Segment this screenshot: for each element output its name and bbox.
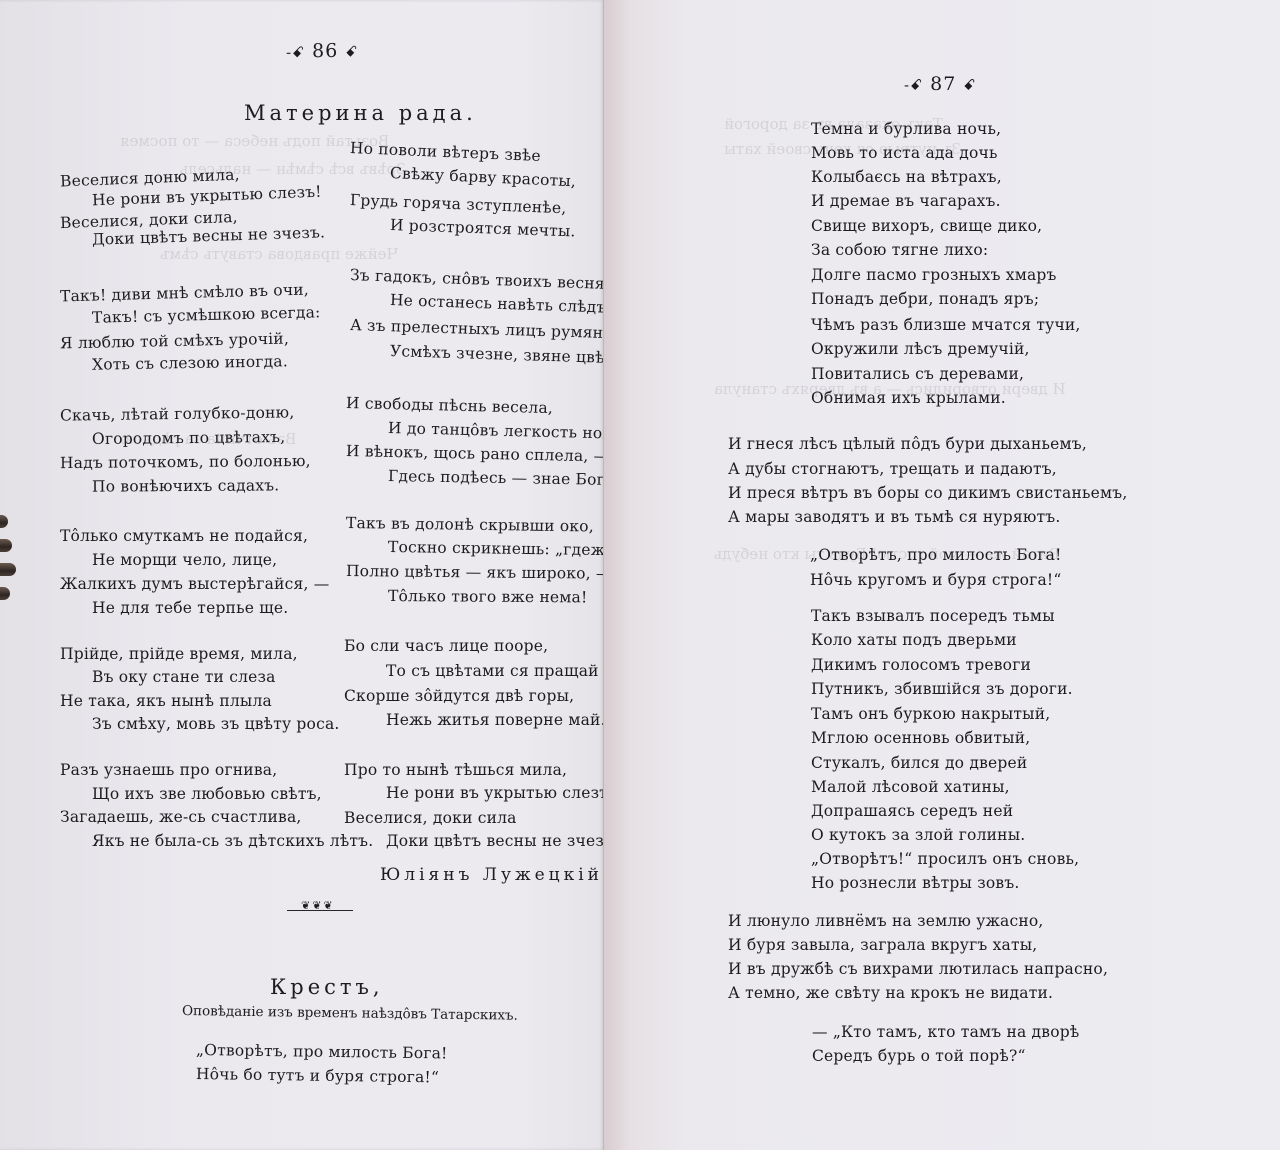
verse-line: Коло хаты подъ дверьми [811,630,1017,650]
verse-line: Свище вихоръ, свище дико, [811,216,1042,236]
verse-line: Окружили лѣсъ дремучій, [811,339,1030,359]
verse-line: Понадъ дебри, понадъ яръ; [811,289,1039,309]
folio-ornament-icon: -ꗃ [904,76,923,94]
spiral-binding [0,515,22,615]
verse-line: И свободы пѣснь весела, [346,393,554,418]
book-spread: Возьтай подъ небеса — то посмея Зрѣвъ вс… [0,0,1280,1150]
verse-line: Огородомъ по цвѣтахъ, [92,427,286,449]
verse-line: И дремае въ чагарахъ. [811,191,1001,211]
verse-line: А мары заводятъ и въ тьмѣ ся нуряютъ. [728,507,1061,527]
verse-line: Разъ узнаешь про огнива, [60,760,277,780]
verse-line: Тоскно скрикнешь: „гдежь весна?“ [388,537,604,561]
verse-line: Що ихъ зве любовью свѣтъ, [92,784,322,804]
verse-line: И вѣнокъ, щось рано сплела, — [346,441,604,467]
verse-line: Нежь житья поверне май. [386,710,604,730]
verse-line: Жалкихъ думъ выстерѣгайся, — [60,574,329,594]
verse-line: За собою тягне лихо: [811,240,988,260]
verse-line: Не морщи чело, лице, [92,550,277,570]
verse-line: Загадаешь, же-сь счастлива, [60,807,302,827]
verse-line: Тôлько смуткамъ не подайся, [60,526,308,546]
left-page: Возьтай подъ небеса — то посмея Зрѣвъ вс… [0,0,604,1150]
poem-author: Юліянъ Лужецкій. [380,865,604,885]
verse-line: Хоть съ слезою иногда. [92,351,288,374]
verse-line: Доки цвѣтъ весны не зчезъ! [386,831,604,851]
verse-line: Скачь, лѣтай голубко-доню, [60,402,295,425]
verse-line: Дикимъ голосомъ тревоги [811,655,1031,675]
page-number-right: -ꗃ 87 ꗃ [904,73,976,95]
verse-line: Нôчь кругомъ и буря строга!“ [810,570,1061,590]
verse-line: И гнеся лѣсъ цѣлый пôдъ бури дыханьемъ, [728,434,1087,454]
verse-line: Мглою осенновь обвитый, [811,728,1030,748]
verse-line: „Отворѣтъ!“ просилъ онъ сновь, [811,849,1079,869]
verse-line: Тамъ онъ буркою накрытый, [811,704,1050,724]
verse-line: Свѣжу барву красоты, [390,163,577,191]
verse-line: Гдесь подѣесь — знае Богъ! [388,466,604,490]
verse-line: — „Кто тамъ, кто тамъ на дворѣ [812,1022,1079,1042]
verse-line: Такъ! съ усмѣшкою всегда: [92,302,321,328]
verse-line: Не рони въ укрытью слезъ; [386,783,604,803]
verse-line: Про то нынѣ тѣшься мила, [344,760,567,780]
verse-line: Долге пасмо грозныхъ хмаръ [811,265,1057,285]
verse-line: О кутокъ за злой голины. [811,825,1025,845]
verse-line: Мовь то иста ада дочь [811,143,998,163]
verse-line: Скорше зôйдутся двѣ горы, [344,686,574,706]
verse-line: Не останесь навѣть слѣдъ, [390,290,604,318]
verse-line: „Отворѣтъ, про милость Бога! [810,545,1062,565]
folio-ornament-icon: -ꗃ [286,43,305,61]
verse-line: То съ цвѣтами ся пращай [386,661,599,681]
verse-line: А дубы стогнаютъ, трещать и падаютъ, [728,459,1057,479]
verse-line: И розстроятся мечты. [390,215,576,241]
verse-line: И люнуло ливнёмъ на землю ужасно, [728,911,1044,931]
verse-line: Усмѣхъ зчезне, звяне цвѣтъ. [390,341,604,368]
poem-subtitle: Оповѣданіе изъ временъ наѣздôвъ Татарски… [182,1003,518,1024]
verse-line: Грудь горяча зступленѣе, [350,190,567,218]
show-through-text: Чейже правдова ставуть сѣмъ [160,245,398,263]
verse-line: Я люблю той смѣхъ урочій, [60,329,289,354]
verse-line: Полно цвѣтья — якъ широко, — [346,561,604,584]
verse-line: Середъ бурь о той порѣ?“ [812,1046,1026,1066]
verse-line: Чѣмъ разъ близше мчатся тучи, [811,315,1081,335]
verse-line: Тôлько твого вже нема! [388,586,588,607]
verse-line: И до танцôвъ легкость ногъ, [388,418,604,444]
show-through-text: Возьтай подъ небеса — то посмея [120,132,389,150]
verse-line: А темно, же свѣту на крокъ не видати. [728,983,1053,1003]
verse-line: Бо сли часъ лице поoре, [344,636,548,656]
verse-line: Такъ взывалъ посередъ тьмы [811,606,1055,626]
verse-line: Путникъ, збившійся зъ дороги. [811,679,1073,699]
verse-line: А зъ прелестныхъ лицъ румяныхъ [350,315,604,344]
section-divider-ornament [287,905,353,915]
verse-line: Зъ гадокъ, снôвъ твоихъ весняныхъ [350,265,604,295]
verse-line: Такъ въ долонѣ скрывши око, [346,513,594,536]
verse-line: Не така, якъ нынѣ плыла [60,691,272,711]
verse-line: Прійде, прійде время, мила, [60,644,298,664]
verse-line: Допрашаясь середъ ней [811,801,1013,821]
verse-line: Колыбаєсь на вѣтрахъ, [811,167,1002,187]
verse-line: И преся вѣтръ въ боры со дикимъ свистань… [728,483,1127,503]
verse-line: Въ оку стане ти слеза [92,667,276,687]
verse-line: По вонѣючихъ садахъ. [92,475,279,496]
poem-title: Материна рада. [244,101,477,125]
verse-line: И буря завыла, заграла вкругъ хаты, [728,935,1037,955]
verse-line: И въ дружбѣ съ вихрами лютилась напрасно… [728,959,1108,979]
verse-line: Малой лѣсовой хатины, [811,777,1010,797]
folio-ornament-icon: ꗃ [345,43,358,61]
verse-line: Зъ смѣху, мовь зъ цвѣту роса. [92,714,340,734]
poem-title: Крестъ, [270,975,384,999]
page-number-left: -ꗃ 86 ꗃ [286,40,359,63]
verse-line: Веселися, доки сила [344,808,517,828]
verse-line: Но рознесли вѣтры зовъ. [811,873,1020,893]
verse-line: Темна и бурлива ночь, [811,119,1001,139]
verse-line: Обнимая ихъ крылами. [811,388,1006,408]
verse-line: „Отворѣтъ, про милость Бога! [196,1040,448,1064]
verse-line: Надъ поточкомъ, по болонью, [60,451,311,473]
verse-line: Не для тебе терпье ще. [92,598,288,618]
verse-line: Якъ не была-сь зъ дѣтскихъ лѣтъ. [92,831,373,851]
verse-line: Стукалъ, бился до дверей [811,753,1027,773]
verse-line: Повитались съ деревами, [811,364,1024,384]
verse-line: Нôчь бо тутъ и буря строга!“ [196,1064,439,1087]
folio-ornament-icon: ꗃ [963,76,976,94]
